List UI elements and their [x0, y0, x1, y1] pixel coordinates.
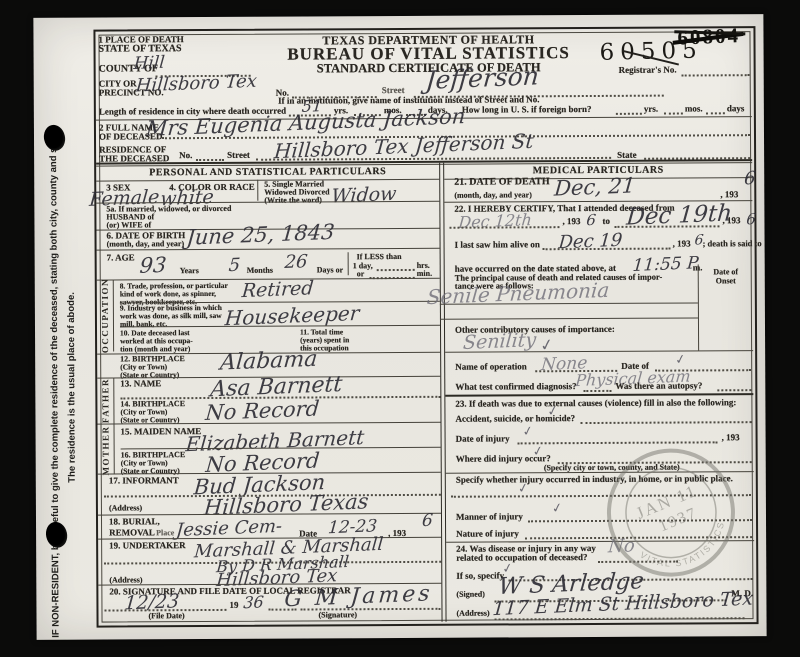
f13-label: 13. NAME [120, 379, 161, 389]
last-saw-label: I last saw him alive on [455, 240, 540, 250]
ifso-label: If so, specify [456, 571, 504, 581]
file-year-digits: 36 [243, 592, 265, 612]
f18-label2: REMOVAL [109, 528, 155, 538]
dob-sub-label: (month, day, and year) [107, 240, 185, 249]
dotted-line [706, 112, 725, 114]
test-label: What test confirmed diagnosis? [455, 382, 576, 392]
death-year-digit: 6 [743, 168, 756, 190]
dotted-line [717, 389, 751, 391]
attended-year1-digit: 6 [586, 211, 597, 229]
dotted-line [616, 113, 642, 115]
f23-label: 23. If death was due to external causes … [455, 398, 736, 409]
mother-vertical-label: MOTHER [100, 421, 110, 481]
dotted-line [583, 390, 611, 392]
residence-street-label: Street [227, 151, 250, 161]
f22-year3-printed: , 193 [673, 239, 691, 249]
attended-to-value: Dec 19th [625, 200, 733, 230]
punch-hole-top [41, 123, 67, 153]
yrs2-label: yrs. [644, 105, 658, 115]
mos2-label: mos. [685, 104, 703, 114]
f22-year2-printed: , 193 [722, 216, 740, 226]
margin-note-abode: The residence is the usual place of abod… [65, 193, 78, 483]
signed-label: (Signed) [456, 591, 484, 600]
punch-hole-bottom [44, 520, 70, 550]
nature-label: Nature of injury [456, 529, 519, 539]
dotted-line [377, 269, 415, 271]
father-birthplace-value: No Record [204, 396, 320, 425]
burial-year-digit: 6 [421, 511, 433, 532]
days2-label: days [727, 104, 745, 114]
doctor-address-label: (Address) [456, 610, 489, 619]
dotted-line [682, 74, 750, 76]
f22-to-label: to [602, 217, 610, 227]
f18-place-label: Place [156, 529, 174, 538]
marital-value: Widow [330, 183, 397, 208]
occupation-vertical-label: OCCUPATION [100, 276, 110, 356]
injury-date-label: Date of injury [456, 434, 510, 444]
dotted-line [196, 159, 224, 161]
attended-year2-digit: 6 [746, 210, 757, 228]
age-years-label: Years [180, 267, 199, 276]
table-edge-strip [0, 638, 800, 651]
f18-label1: 18. BURIAL, [109, 517, 160, 527]
dotted-line [664, 113, 683, 115]
f22-year1-printed: , 193 [562, 217, 580, 227]
f21-sub-label: (month, day, and year) [454, 191, 532, 200]
f17-label: 17. INFORMANT [109, 476, 179, 486]
age-months-label: Months [247, 267, 273, 276]
file-date-label: (File Date) [148, 612, 184, 621]
certificate-paper: IF NON-RESIDENT, be careful to give the … [33, 14, 766, 640]
age-months-value: 5 [228, 255, 241, 277]
attended-from-value: Dec 12th [458, 210, 533, 232]
f21-label: 21. DATE OF DEATH [454, 177, 549, 188]
rule-line [348, 252, 349, 275]
registrar-no-label: Registrar's No. [619, 66, 677, 76]
residence-no-label: No. [179, 151, 192, 161]
age-days-value: 26 [284, 251, 309, 273]
county-value: Hill [133, 53, 166, 74]
foreign-born-label: How long in U. S. if foreign born? [462, 105, 592, 115]
autopsy-label: Was there an autopsy? [615, 381, 702, 391]
left-section-title: PERSONAL AND STATISTICAL PARTICULARS [96, 167, 439, 180]
age-label: 7. AGE [107, 253, 135, 263]
date-of-death-value: Dec, 21 [553, 173, 636, 200]
trade-value: Retired [241, 277, 315, 302]
street-value: Jefferson [425, 61, 541, 95]
f19-label: 19. UNDERTAKER [109, 541, 186, 551]
crossed-out-number: 60804 [677, 23, 740, 50]
onset-label2: Onset [699, 277, 753, 286]
manner-label: Manner of injury [456, 512, 523, 522]
operation-label: Name of operation [455, 362, 527, 372]
rule-line [257, 180, 258, 201]
age-days-label: Days or [317, 266, 343, 275]
injury-193-label: , 193 [722, 433, 740, 443]
contributory-value: Senility [462, 329, 537, 354]
f21-year-printed: , 193 [720, 190, 738, 200]
signature-label: (Signature) [318, 611, 357, 620]
f17-address-label: (Address) [109, 504, 142, 513]
death-said-label: ; death is said to [703, 239, 762, 248]
age-years-value: 93 [139, 253, 168, 278]
birthplace-value: Alabama [219, 347, 318, 376]
f20-year-printed: 19 [229, 601, 238, 611]
f24-label2: related to occupation of deceased? [456, 553, 587, 563]
